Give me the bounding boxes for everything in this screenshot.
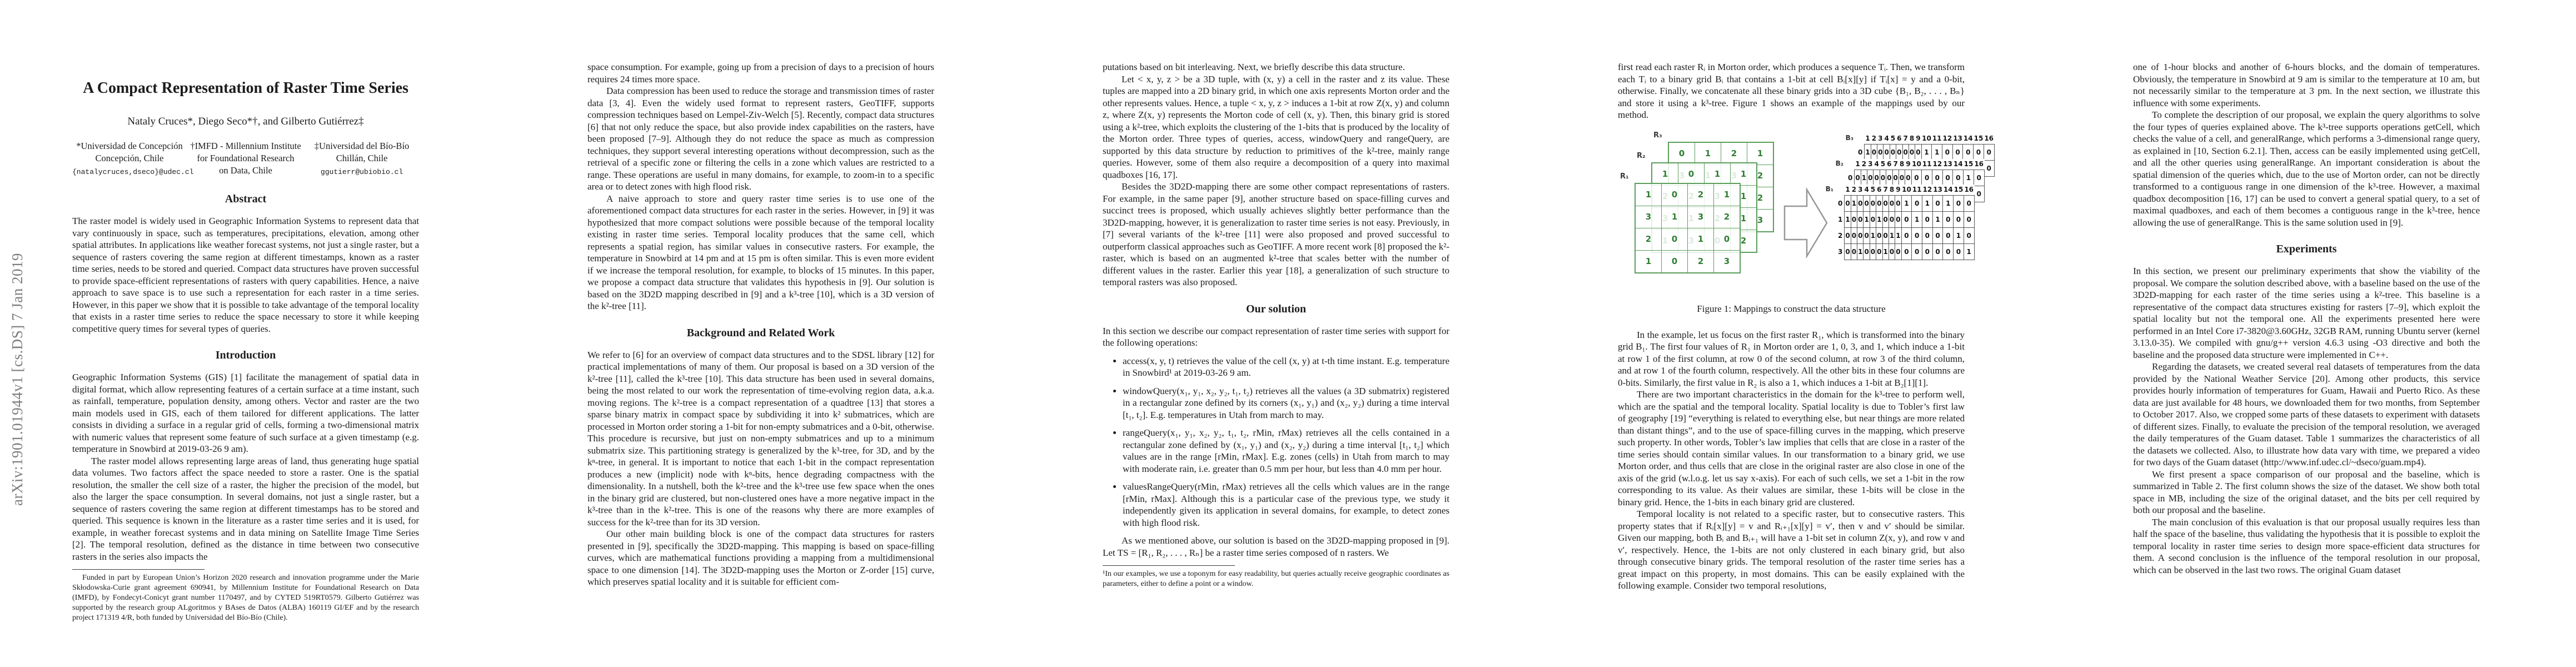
bit-cell: 0	[1895, 195, 1901, 211]
bit-cell: 0	[1851, 211, 1857, 227]
paragraph: Let < x, y, z > be a 3D tuple, with (x, …	[1103, 73, 1449, 181]
bit-cell: 1	[1943, 195, 1954, 211]
bit-cell: 0	[1870, 243, 1876, 260]
row-label: 1	[1837, 211, 1845, 227]
bit-cell: 0	[1845, 227, 1851, 243]
column-header: 4	[1874, 159, 1880, 170]
bit-cell: 1	[1876, 211, 1882, 227]
binary-grid-label: B₃	[1846, 134, 1853, 142]
bit-cell: 0	[1857, 195, 1864, 211]
query-list: access(x, y, t) retrieves the value of t…	[1103, 355, 1449, 529]
bit-cell: 0	[1912, 243, 1922, 260]
raster-cell: 0	[1662, 250, 1688, 273]
list-item-range-query: rangeQuery(x₁, y₁, x₂, y₂, t₁, t₂, rMin,…	[1123, 427, 1449, 475]
bit-cell: 0	[1867, 170, 1874, 186]
raster-cell: 1	[1635, 250, 1662, 273]
bit-cell: 0	[1909, 144, 1915, 160]
bit-cell: 0	[1964, 227, 1974, 243]
bit-cell: 0	[1890, 144, 1896, 160]
raster-cell: 0	[1662, 228, 1688, 250]
column-header: 9	[1895, 185, 1901, 196]
raster-cell: 0	[1668, 142, 1695, 165]
column-header: 9	[1905, 159, 1911, 170]
binary-grid-table: 1234567891011121314151600100000001010100…	[1837, 185, 1975, 260]
raster-cell: 2	[1721, 142, 1747, 165]
bit-cell: 0	[1876, 195, 1882, 211]
affiliation-email: {natalycruces,dseco}@udec.cl	[72, 166, 187, 178]
paper-title: A Compact Representation of Raster Time …	[72, 79, 419, 98]
bit-cell: 0	[1855, 170, 1861, 186]
column-header: 3	[1867, 159, 1874, 170]
column-header: 5	[1880, 159, 1886, 170]
binary-grid-label: B₂	[1836, 160, 1843, 167]
footnote-text: ¹In our examples, we use a toponym for e…	[1103, 569, 1449, 589]
raster-cell: 0	[1662, 183, 1688, 206]
paragraph: A naive approach to store and query rast…	[587, 193, 934, 312]
column-header: 2	[1851, 185, 1857, 196]
footnote-rule	[72, 569, 205, 570]
affiliation-name: †IMFD - Millennium Institute	[188, 140, 303, 152]
page-3: putations based on bit interleaving. Nex…	[1030, 0, 1546, 667]
column-header: 3	[1857, 185, 1864, 196]
row-label: 0	[1837, 195, 1845, 211]
section-heading-experiments: Experiments	[2133, 243, 2480, 256]
bit-cell: 0	[1911, 170, 1922, 186]
affiliation-city: Chillán, Chile	[305, 152, 419, 165]
paragraph: In this section we describe our compact …	[1103, 325, 1449, 349]
column-header: 10	[1921, 133, 1932, 145]
paragraph: In this section, we present our prelimin…	[2133, 265, 2480, 361]
footnote-block: ¹In our examples, we use a toponym for e…	[1103, 565, 1449, 589]
raster-grid-1: R₁1021313220101023	[1635, 183, 1741, 273]
bit-cell: 0	[1964, 195, 1974, 211]
paragraph: Regarding the datasets, we created sever…	[2133, 361, 2480, 469]
bit-cell: 0	[1922, 170, 1932, 186]
bit-cell: 0	[1932, 227, 1943, 243]
raster-cell: 3	[1688, 206, 1714, 228]
column-header: 12	[1922, 185, 1933, 196]
figure1: R₁1021313220101023R₂1011223131211302R₃01…	[1618, 133, 1965, 301]
bit-cell: 0	[1943, 211, 1954, 227]
abstract-heading: Abstract	[72, 193, 419, 206]
bit-cell: 1	[1964, 170, 1974, 186]
column-header: 6	[1876, 185, 1882, 196]
bit-cell: 1	[1882, 243, 1889, 260]
paragraph: In the example, let us focus on the firs…	[1618, 329, 1965, 389]
section-heading-introduction: Introduction	[72, 349, 419, 362]
bit-cell: 0	[1886, 170, 1892, 186]
raster-cell: 1	[1731, 163, 1757, 186]
raster-cell: 1	[1635, 183, 1662, 206]
bit-cell: 0	[1864, 195, 1870, 211]
column-header: 5	[1890, 133, 1896, 145]
affiliation-name: *Universidad de Concepción	[72, 140, 187, 152]
bit-cell: 0	[1876, 243, 1882, 260]
raster-cell: 3	[1635, 206, 1662, 228]
bit-cell: 1	[1870, 227, 1876, 243]
bit-cell: 0	[1889, 195, 1895, 211]
bit-cell: 0	[1874, 170, 1880, 186]
binary-grid-1: B₁12345678910111213141516001000000010101…	[1837, 185, 1975, 260]
paragraph: To complete the description of our propo…	[2133, 109, 2480, 228]
paragraph: As we mentioned above, our solution is b…	[1103, 535, 1449, 559]
bit-cell: 0	[1915, 144, 1921, 160]
paragraph: one of 1-hour blocks and another of 6-ho…	[2133, 61, 2480, 109]
bit-cell: 0	[1882, 195, 1889, 211]
column-header: 15	[1974, 133, 1984, 145]
bit-cell: 1	[1889, 227, 1895, 243]
bit-cell: 1	[1861, 170, 1867, 186]
column-header: 9	[1915, 133, 1921, 145]
list-item-window-query: windowQuery(x₁, y₁, x₂, y₂, t₁, t₂) retr…	[1123, 385, 1449, 421]
list-item-access: access(x, y, t) retrieves the value of t…	[1123, 355, 1449, 379]
bit-cell: 1	[1932, 211, 1943, 227]
bit-cell: 0	[1884, 144, 1890, 160]
column-header: 8	[1909, 133, 1915, 145]
column-header: 7	[1892, 159, 1899, 170]
column-header: 1	[1845, 185, 1851, 196]
grid-corner	[1847, 159, 1855, 170]
section-heading-our-solution: Our solution	[1103, 303, 1449, 316]
column-header: 7	[1902, 133, 1909, 145]
bit-cell: 0	[1902, 144, 1909, 160]
bit-cell: 1	[1895, 227, 1901, 243]
bit-cell: 0	[1963, 144, 1974, 160]
bit-cell: 0	[1943, 227, 1954, 243]
bit-cell: 0	[1912, 227, 1922, 243]
bit-cell: 0	[1922, 211, 1933, 227]
raster-cell: 1	[1714, 183, 1741, 206]
bit-cell: 1	[1954, 227, 1964, 243]
column-header: 14	[1963, 133, 1974, 145]
paragraph: The raster model allows representing lar…	[72, 455, 419, 563]
bit-cell: 0	[1942, 170, 1953, 186]
paragraph: We first present a space comparison of o…	[2133, 469, 2480, 516]
affiliation-3: ‡Universidad del Bío-Bío Chillán, Chile …	[305, 140, 419, 178]
bit-cell: 0	[1870, 211, 1876, 227]
bit-cell: 0	[1882, 227, 1889, 243]
bit-cell: 0	[1895, 211, 1901, 227]
raster-cell: 3	[1714, 250, 1741, 273]
footnote-rule	[1103, 565, 1235, 566]
bit-cell: 0	[1912, 195, 1922, 211]
affiliation-city: Concepción, Chile	[72, 152, 187, 165]
bit-cell: 0	[1864, 243, 1870, 260]
bit-cell: 0	[1877, 144, 1884, 160]
column-header: 10	[1901, 185, 1912, 196]
list-item-values-range-query: valuesRangeQuery(rMin, rMax) retrieves a…	[1123, 481, 1449, 529]
paragraph: There are two important characteristics …	[1618, 389, 1965, 508]
page-2: space consumption. For example, going up…	[515, 0, 1030, 667]
column-header: 2	[1871, 133, 1877, 145]
affiliation-2: †IMFD - Millennium Institute for Foundat…	[188, 140, 303, 178]
page-5: one of 1-hour blocks and another of 6-ho…	[2061, 0, 2576, 667]
paragraph: space consumption. For example, going up…	[587, 61, 934, 85]
row-label: 0	[1857, 144, 1865, 160]
authors-line: Nataly Cruces*, Diego Seco*†, and Gilber…	[72, 116, 419, 128]
raster-cell: 1	[1695, 142, 1721, 165]
bit-cell: 0	[1974, 170, 1984, 186]
column-header: 16	[1964, 185, 1974, 196]
column-header: 1	[1855, 159, 1861, 170]
raster-grid-label: R₃	[1653, 131, 1662, 140]
column-header: 4	[1864, 185, 1870, 196]
bit-cell: 1	[1901, 195, 1912, 211]
bit-cell: 0	[1954, 195, 1964, 211]
bit-cell: 0	[1932, 243, 1943, 260]
raster-grid-table: 1021313220101023	[1635, 183, 1741, 273]
bit-cell: 0	[1953, 170, 1964, 186]
bit-cell: 0	[1952, 144, 1963, 160]
column-header: 14	[1943, 185, 1954, 196]
bit-cell: 0	[1896, 144, 1902, 160]
figure-caption: Figure 1: Mappings to construct the data…	[1618, 303, 1965, 315]
column-header: 2	[1861, 159, 1867, 170]
column-header: 6	[1886, 159, 1892, 170]
bit-cell: 0	[1932, 195, 1943, 211]
affiliation-line: for Foundational Research	[188, 152, 303, 165]
raster-cell: 2	[1688, 183, 1714, 206]
bit-cell: 0	[1922, 243, 1933, 260]
paper-page: { "arxiv_stamp": "arXiv:1901.01944v1 [cs…	[0, 0, 2576, 667]
column-header: 8	[1899, 159, 1905, 170]
bit-cell: 0	[1932, 170, 1943, 186]
bit-cell: 0	[1984, 144, 1994, 160]
mapping-arrow-icon	[1782, 186, 1829, 262]
column-header: 3	[1877, 133, 1884, 145]
arxiv-stamp: arXiv:1901.01944v1 [cs.DS] 7 Jan 2019	[9, 253, 26, 506]
bit-cell: 0	[1901, 243, 1912, 260]
bit-cell: 0	[1984, 160, 1994, 176]
raster-grid-label: R₁	[1620, 172, 1629, 181]
paragraph: putations based on bit interleaving. Nex…	[1103, 61, 1449, 73]
paragraph: We refer to [6] for an overview of compa…	[587, 349, 934, 529]
bit-cell: 0	[1943, 243, 1954, 260]
raster-cell: 2	[1635, 228, 1662, 250]
column-header: 11	[1932, 133, 1942, 145]
column-header: 10	[1911, 159, 1922, 170]
raster-cell: 1	[1688, 228, 1714, 250]
affiliation-row: *Universidad de Concepción Concepción, C…	[72, 140, 419, 178]
column-header: 15	[1954, 185, 1964, 196]
column-header: 14	[1953, 159, 1964, 170]
bit-cell: 0	[1942, 144, 1953, 160]
bit-cell: 0	[1905, 170, 1911, 186]
bit-cell: 0	[1974, 144, 1984, 160]
bit-cell: 1	[1922, 195, 1933, 211]
bit-cell: 1	[1864, 211, 1870, 227]
raster-cell: 0	[1714, 228, 1741, 250]
raster-cell: 1	[1652, 163, 1678, 186]
raster-cell: 1	[1662, 206, 1688, 228]
paragraph: Geographic Information Systems (GIS) [1]…	[72, 371, 419, 455]
column-header: 11	[1922, 159, 1932, 170]
bit-cell: 0	[1974, 186, 1984, 202]
raster-cell: 1	[1705, 163, 1731, 186]
abstract-text: The raster model is widely used in Geogr…	[72, 215, 419, 335]
column-header: 13	[1952, 133, 1963, 145]
column-header: 4	[1884, 133, 1890, 145]
page-1: arXiv:1901.01944v1 [cs.DS] 7 Jan 2019 A …	[0, 0, 515, 667]
bit-cell: 0	[1851, 243, 1857, 260]
bit-cell: 0	[1954, 243, 1964, 260]
footnote-text: Funded in part by European Union’s Horiz…	[72, 573, 419, 623]
bit-cell: 0	[1864, 227, 1870, 243]
paragraph: Besides the 3D2D-mapping there are some …	[1103, 181, 1449, 288]
affiliation-line: on Data, Chile	[188, 165, 303, 177]
bit-cell: 0	[1964, 211, 1974, 227]
bit-cell: 0	[1889, 243, 1895, 260]
bit-cell: 1	[1851, 195, 1857, 211]
bit-cell: 1	[1857, 243, 1864, 260]
bit-cell: 0	[1882, 211, 1889, 227]
column-header: 16	[1974, 159, 1984, 170]
column-header: 8	[1889, 185, 1895, 196]
raster-cell: 0	[1678, 163, 1705, 186]
bit-cell: 1	[1964, 243, 1974, 260]
raster-cell: 2	[1688, 250, 1714, 273]
paragraph: The main conclusion of this evaluation i…	[2133, 516, 2480, 576]
affiliation-1: *Universidad de Concepción Concepción, C…	[72, 140, 187, 178]
bit-cell: 0	[1901, 227, 1912, 243]
page-4: first read each raster Rᵢ in Morton orde…	[1546, 0, 2061, 667]
bit-cell: 0	[1895, 243, 1901, 260]
column-header: 12	[1942, 133, 1953, 145]
row-label: 0	[1847, 170, 1855, 186]
grid-corner	[1857, 133, 1865, 145]
bit-cell: 1	[1912, 211, 1922, 227]
bit-cell: 1	[1845, 211, 1851, 227]
footnote-block: Funded in part by European Union’s Horiz…	[72, 569, 419, 623]
paragraph: Our other main building block is one of …	[587, 528, 934, 588]
bit-cell: 0	[1851, 227, 1857, 243]
column-header: 12	[1932, 159, 1943, 170]
bit-cell: 0	[1954, 211, 1964, 227]
bit-cell: 1	[1932, 144, 1942, 160]
row-label: 2	[1837, 227, 1845, 243]
paragraph: Temporal locality is not related to a sp…	[1618, 508, 1965, 592]
bit-cell: 0	[1857, 211, 1864, 227]
bit-cell: 0	[1922, 227, 1933, 243]
bit-cell: 0	[1892, 170, 1899, 186]
paragraph: first read each raster Rᵢ in Morton orde…	[1618, 61, 1965, 121]
bit-cell: 0	[1901, 211, 1912, 227]
column-header: 6	[1896, 133, 1902, 145]
bit-cell: 1	[1865, 144, 1871, 160]
column-header: 7	[1882, 185, 1889, 196]
bit-cell: 0	[1899, 170, 1905, 186]
column-header: 5	[1870, 185, 1876, 196]
column-header: 11	[1912, 185, 1922, 196]
column-header: 15	[1964, 159, 1974, 170]
bit-cell: 0	[1870, 195, 1876, 211]
bit-cell: 0	[1845, 195, 1851, 211]
column-header: 13	[1942, 159, 1953, 170]
bit-cell: 0	[1876, 227, 1882, 243]
column-header: 13	[1932, 185, 1943, 196]
bit-cell: 1	[1921, 144, 1932, 160]
raster-cell: 1	[1747, 142, 1774, 165]
affiliation-name: ‡Universidad del Bío-Bío	[305, 140, 419, 152]
bit-cell: 0	[1889, 211, 1895, 227]
column-header: 16	[1984, 133, 1994, 145]
raster-grid-label: R₂	[1637, 152, 1646, 160]
bit-cell: 0	[1871, 144, 1877, 160]
section-heading-background: Background and Related Work	[587, 327, 934, 340]
grid-corner	[1837, 185, 1845, 196]
paragraph: Data compression has been used to reduce…	[587, 85, 934, 193]
row-label: 3	[1837, 243, 1845, 260]
column-header: 1	[1865, 133, 1871, 145]
bit-cell: 0	[1845, 243, 1851, 260]
bit-cell: 0	[1880, 170, 1886, 186]
bit-cell: 0	[1857, 227, 1864, 243]
affiliation-email: ggutierr@ubiobio.cl	[305, 166, 419, 178]
raster-cell: 2	[1714, 206, 1741, 228]
